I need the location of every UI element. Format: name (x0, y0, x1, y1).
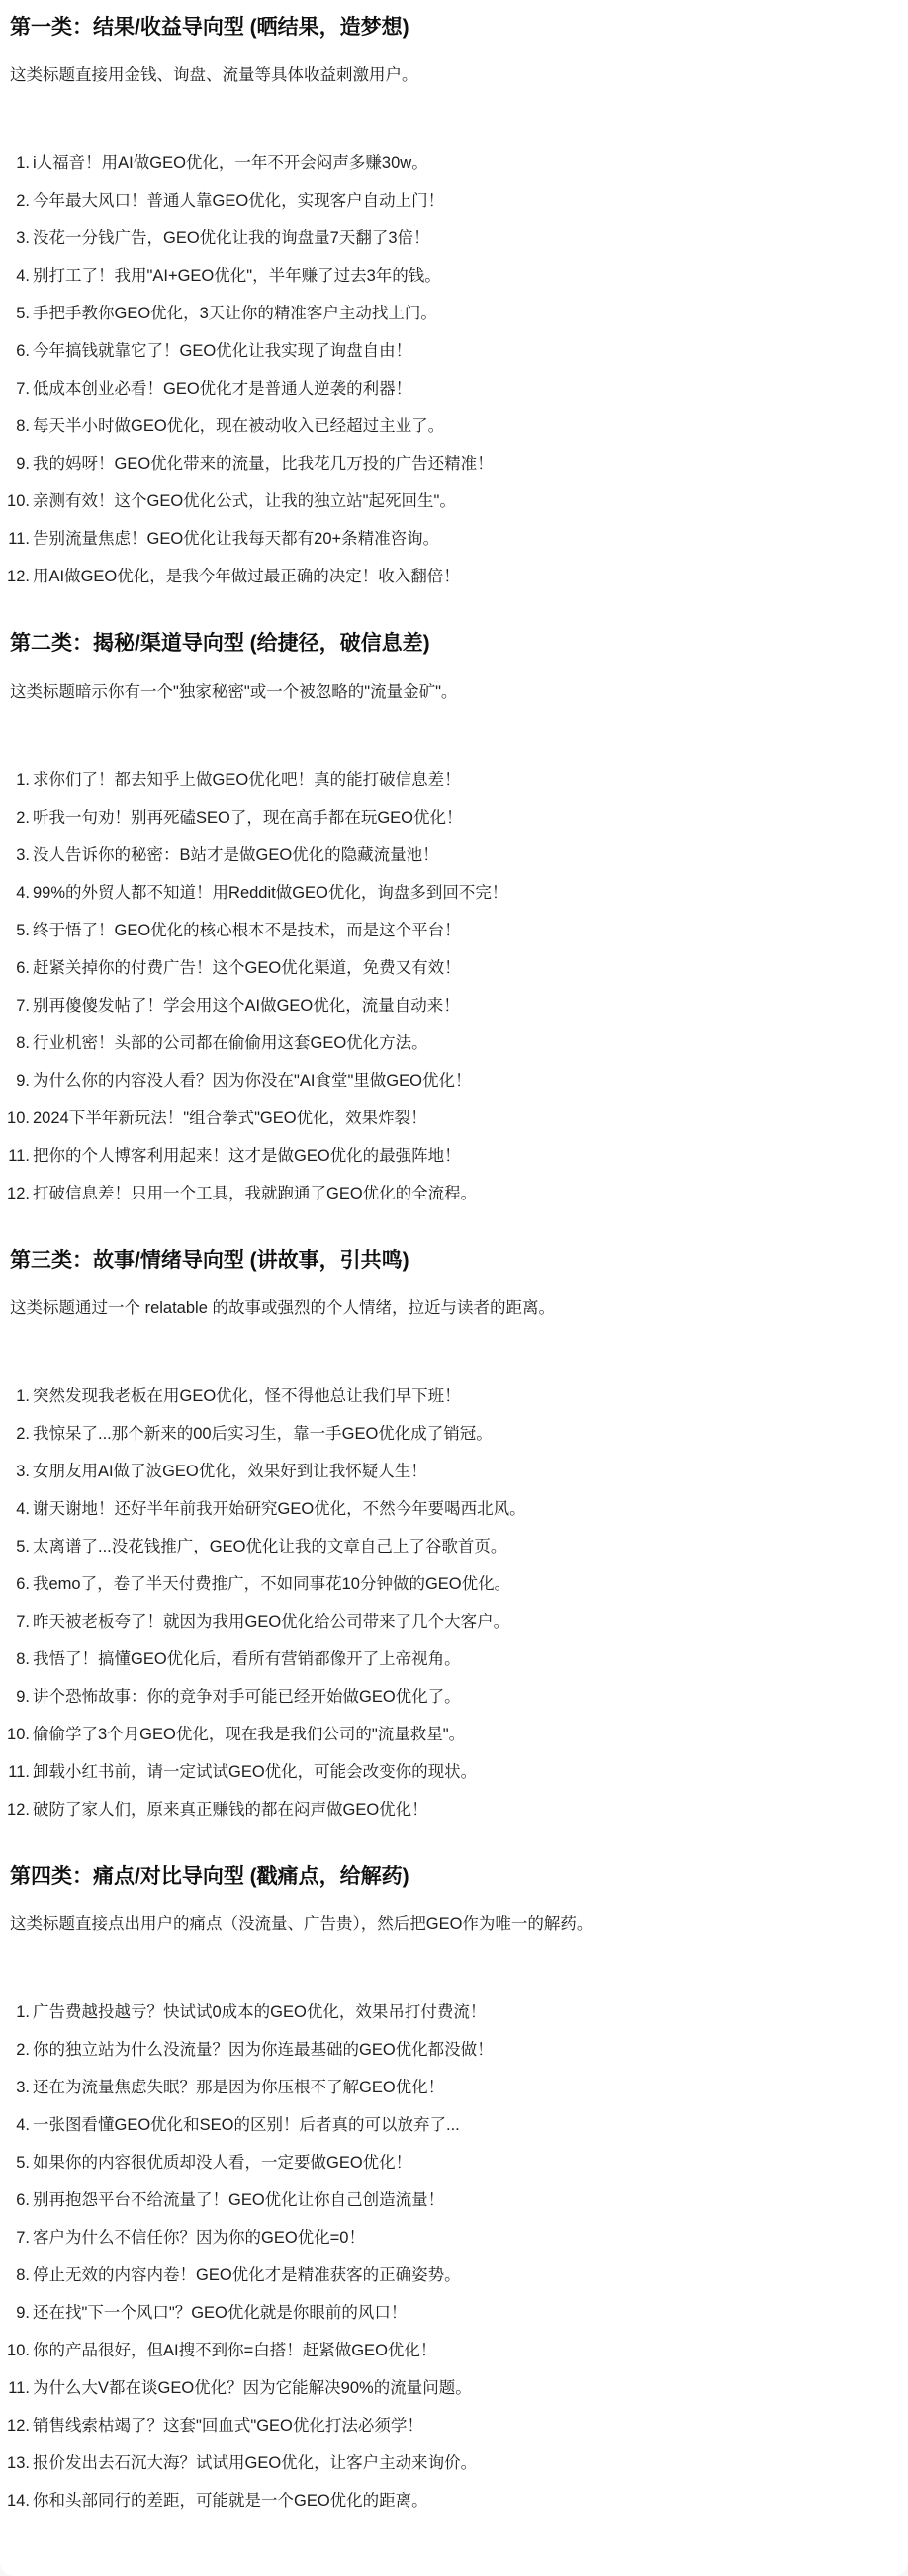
section-intro: 这类标题暗示你有一个"独家秘密"或一个被忽略的"流量金矿"。 (10, 679, 888, 706)
list-item: 告别流量焦虑！GEO优化让我每天都有20+条精准咨询。 (10, 526, 888, 553)
list-item: 如果你的内容很优质却没人看，一定要做GEO优化！ (10, 2150, 888, 2176)
list-item: 我悟了！搞懂GEO优化后，看所有营销都像开了上帝视角。 (10, 1646, 888, 1673)
list-item: 听我一句劝！别再死磕SEO了，现在高手都在玩GEO优化！ (10, 805, 888, 832)
list-item: 没花一分钱广告，GEO优化让我的询盘量7天翻了3倍！ (10, 225, 888, 252)
list-item: 别再抱怨平台不给流量了！GEO优化让你自己创造流量！ (10, 2187, 888, 2214)
list-item: 手把手教你GEO优化，3天让你的精准客户主动找上门。 (10, 301, 888, 327)
list-item: 广告费越投越亏？快试试0成本的GEO优化，效果吊打付费流！ (10, 1999, 888, 2026)
list-item: 太离谱了...没花钱推广，GEO优化让我的文章自己上了谷歌首页。 (10, 1534, 888, 1560)
list-item: 用AI做GEO优化，是我今年做过最正确的决定！收入翻倍！ (10, 564, 888, 590)
section-painpoint-contrast: 第四类：痛点/对比导向型 (戳痛点，给解药) 这类标题直接点出用户的痛点（没流量… (10, 1863, 888, 2515)
list-item: 谢天谢地！还好半年前我开始研究GEO优化，不然今年要喝西北风。 (10, 1496, 888, 1523)
section-heading: 第四类：痛点/对比导向型 (戳痛点，给解药) (10, 1863, 888, 1890)
list-item: 我emo了，卷了半天付费推广，不如同事花10分钟做的GEO优化。 (10, 1571, 888, 1598)
list-item: 一张图看懂GEO优化和SEO的区别！后者真的可以放弃了... (10, 2112, 888, 2139)
list-item: 为什么大V都在谈GEO优化？因为它能解决90%的流量问题。 (10, 2375, 888, 2402)
list-item: 别再傻傻发帖了！学会用这个AI做GEO优化，流量自动来！ (10, 993, 888, 1020)
list-item: 还在为流量焦虑失眠？那是因为你压根不了解GEO优化！ (10, 2075, 888, 2101)
list-item: 2024下半年新玩法！"组合拳式"GEO优化，效果炸裂！ (10, 1106, 888, 1132)
list-item: 别打工了！我用"AI+GEO优化"，半年赚了过去3年的钱。 (10, 263, 888, 290)
list-item: 终于悟了！GEO优化的核心根本不是技术，而是这个平台！ (10, 918, 888, 944)
list-item: 今年搞钱就靠它了！GEO优化让我实现了询盘自由！ (10, 338, 888, 365)
list-item: 低成本创业必看！GEO优化才是普通人逆袭的利器！ (10, 376, 888, 402)
title-list: i人福音！用AI做GEO优化，一年不开会闷声多赚30w。今年最大风口！普通人靠G… (10, 150, 888, 590)
document-card: 第一类：结果/收益导向型 (晒结果，造梦想) 这类标题直接用金钱、询盘、流量等具… (0, 0, 908, 2576)
list-item: 你的产品很好，但AI搜不到你=白搭！赶紧做GEO优化！ (10, 2338, 888, 2364)
list-item: 每天半小时做GEO优化，现在被动收入已经超过主业了。 (10, 413, 888, 440)
section-heading: 第三类：故事/情绪导向型 (讲故事，引共鸣) (10, 1247, 888, 1274)
list-item: 客户为什么不信任你？因为你的GEO优化=0！ (10, 2225, 888, 2252)
list-item: 昨天被老板夸了！就因为我用GEO优化给公司带来了几个大客户。 (10, 1609, 888, 1636)
list-item: 销售线索枯竭了？这套"回血式"GEO优化打法必须学！ (10, 2413, 888, 2440)
section-intro: 这类标题直接点出用户的痛点（没流量、广告贵），然后把GEO作为唯一的解药。 (10, 1911, 888, 1938)
list-item: 把你的个人博客利用起来！这才是做GEO优化的最强阵地！ (10, 1143, 888, 1170)
list-item: 今年最大风口！普通人靠GEO优化，实现客户自动上门！ (10, 188, 888, 215)
title-list: 求你们了！都去知乎上做GEO优化吧！真的能打破信息差！听我一句劝！别再死磕SEO… (10, 767, 888, 1207)
list-item: 亲测有效！这个GEO优化公式，让我的独立站"起死回生"。 (10, 489, 888, 515)
list-item: 还在找"下一个风口"？GEO优化就是你眼前的风口！ (10, 2300, 888, 2327)
list-item: 我惊呆了...那个新来的00后实习生，靠一手GEO优化成了销冠。 (10, 1421, 888, 1448)
list-item: 破防了家人们，原来真正赚钱的都在闷声做GEO优化！ (10, 1797, 888, 1823)
section-heading: 第一类：结果/收益导向型 (晒结果，造梦想) (10, 14, 888, 41)
list-item: 求你们了！都去知乎上做GEO优化吧！真的能打破信息差！ (10, 767, 888, 794)
list-item: 我的妈呀！GEO优化带来的流量，比我花几万投的广告还精准！ (10, 451, 888, 478)
section-results-benefits: 第一类：结果/收益导向型 (晒结果，造梦想) 这类标题直接用金钱、询盘、流量等具… (10, 14, 888, 590)
list-item: 报价发出去石沉大海？试试用GEO优化，让客户主动来询价。 (10, 2450, 888, 2477)
list-item: 停止无效的内容内卷！GEO优化才是精准获客的正确姿势。 (10, 2263, 888, 2289)
list-item: 打破信息差！只用一个工具，我就跑通了GEO优化的全流程。 (10, 1181, 888, 1207)
list-item: 突然发现我老板在用GEO优化，怪不得他总让我们早下班！ (10, 1383, 888, 1410)
title-list: 广告费越投越亏？快试试0成本的GEO优化，效果吊打付费流！你的独立站为什么没流量… (10, 1999, 888, 2515)
list-item: 你的独立站为什么没流量？因为你连最基础的GEO优化都没做！ (10, 2037, 888, 2064)
title-list: 突然发现我老板在用GEO优化，怪不得他总让我们早下班！我惊呆了...那个新来的0… (10, 1383, 888, 1823)
list-item: 没人告诉你的秘密：B站才是做GEO优化的隐藏流量池！ (10, 843, 888, 869)
section-heading: 第二类：揭秘/渠道导向型 (给捷径，破信息差) (10, 630, 888, 657)
list-item: 99%的外贸人都不知道！用Reddit做GEO优化，询盘多到回不完！ (10, 880, 888, 907)
section-story-emotion: 第三类：故事/情绪导向型 (讲故事，引共鸣) 这类标题通过一个 relatabl… (10, 1247, 888, 1823)
list-item: 讲个恐怖故事：你的竞争对手可能已经开始做GEO优化了。 (10, 1684, 888, 1711)
section-secrets-channels: 第二类：揭秘/渠道导向型 (给捷径，破信息差) 这类标题暗示你有一个"独家秘密"… (10, 630, 888, 1206)
list-item: 赶紧关掉你的付费广告！这个GEO优化渠道，免费又有效！ (10, 955, 888, 982)
list-item: i人福音！用AI做GEO优化，一年不开会闷声多赚30w。 (10, 150, 888, 177)
list-item: 偷偷学了3个月GEO优化，现在我是我们公司的"流量救星"。 (10, 1722, 888, 1748)
list-item: 为什么你的内容没人看？因为你没在"AI食堂"里做GEO优化！ (10, 1068, 888, 1095)
section-intro: 这类标题通过一个 relatable 的故事或强烈的个人情绪，拉近与读者的距离。 (10, 1295, 888, 1322)
section-intro: 这类标题直接用金钱、询盘、流量等具体收益刺激用户。 (10, 62, 888, 89)
list-item: 卸载小红书前，请一定试试GEO优化，可能会改变你的现状。 (10, 1759, 888, 1786)
list-item: 你和头部同行的差距，可能就是一个GEO优化的距离。 (10, 2488, 888, 2515)
list-item: 行业机密！头部的公司都在偷偷用这套GEO优化方法。 (10, 1030, 888, 1057)
list-item: 女朋友用AI做了波GEO优化，效果好到让我怀疑人生！ (10, 1459, 888, 1485)
